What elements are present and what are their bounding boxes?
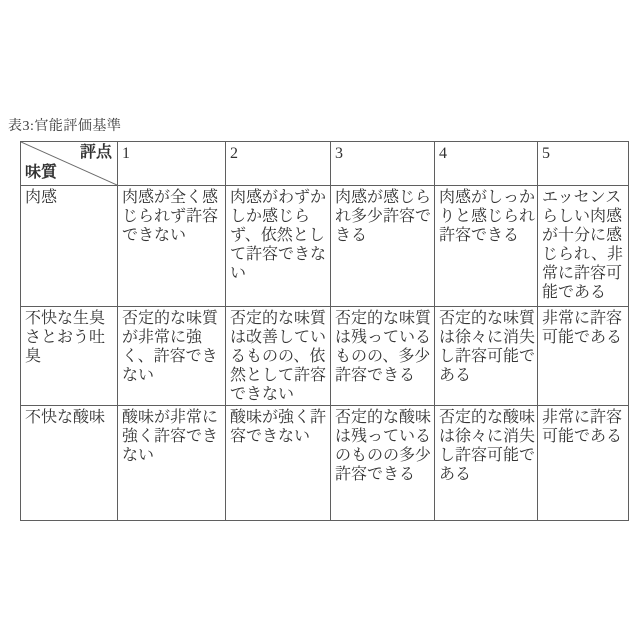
score-header-2: 2 bbox=[226, 142, 331, 186]
criteria-cell: 否定的な酸味は徐々に消失し許容可能である bbox=[435, 406, 538, 521]
criteria-cell: エッセンスらしい肉感が十分に感じられ、非常に許容可能である bbox=[538, 186, 629, 307]
table-row-fishy-odor: 不快な生臭さとおう吐臭 否定的な味質が非常に強く、許容できない 否定的な味質は改… bbox=[21, 307, 629, 406]
criteria-cell: 肉感が感じられ多少許容できる bbox=[331, 186, 435, 307]
criteria-cell: 否定的な味質は改善しているものの、依然として許容できない bbox=[226, 307, 331, 406]
corner-score-label: 評点 bbox=[80, 144, 112, 162]
score-header-4: 4 bbox=[435, 142, 538, 186]
criteria-cell: 否定的な味質は残っているものの、多少許容できる bbox=[331, 307, 435, 406]
table-row-meat-feel: 肉感 肉感が全く感じられず許容できない 肉感がわずかしか感じらず、依然として許容… bbox=[21, 186, 629, 307]
score-header-5: 5 bbox=[538, 142, 629, 186]
criteria-cell: 酸味が強く許容できない bbox=[226, 406, 331, 521]
score-header-1: 1 bbox=[118, 142, 226, 186]
document-page: 表3:官能評価基準 評点 味質 1 2 3 4 5 肉感 bbox=[0, 0, 640, 640]
criteria-cell: 肉感がしっかりと感じられ許容できる bbox=[435, 186, 538, 307]
criteria-cell: 肉感がわずかしか感じらず、依然として許容できない bbox=[226, 186, 331, 307]
corner-header-cell: 評点 味質 bbox=[21, 142, 118, 186]
table-row-sourness: 不快な酸味 酸味が非常に強く許容できない 酸味が強く許容できない 否定的な酸味は… bbox=[21, 406, 629, 521]
criteria-cell: 否定的な味質は徐々に消失し許容可能である bbox=[435, 307, 538, 406]
criteria-cell: 酸味が非常に強く許容できない bbox=[118, 406, 226, 521]
row-label: 不快な酸味 bbox=[21, 406, 118, 521]
score-header-3: 3 bbox=[331, 142, 435, 186]
row-label: 肉感 bbox=[21, 186, 118, 307]
criteria-cell: 非常に許容可能である bbox=[538, 406, 629, 521]
header-row: 評点 味質 1 2 3 4 5 bbox=[21, 142, 629, 186]
table-title: 表3:官能評価基準 bbox=[8, 118, 121, 135]
row-label: 不快な生臭さとおう吐臭 bbox=[21, 307, 118, 406]
criteria-cell: 否定的な味質が非常に強く、許容できない bbox=[118, 307, 226, 406]
corner-taste-label: 味質 bbox=[25, 164, 57, 182]
criteria-cell: 非常に許容可能である bbox=[538, 307, 629, 406]
criteria-cell: 否定的な酸味は残っているのものの多少許容できる bbox=[331, 406, 435, 521]
criteria-cell: 肉感が全く感じられず許容できない bbox=[118, 186, 226, 307]
sensory-evaluation-table: 評点 味質 1 2 3 4 5 肉感 肉感が全く感じられず許容できない 肉感がわ… bbox=[20, 141, 629, 521]
